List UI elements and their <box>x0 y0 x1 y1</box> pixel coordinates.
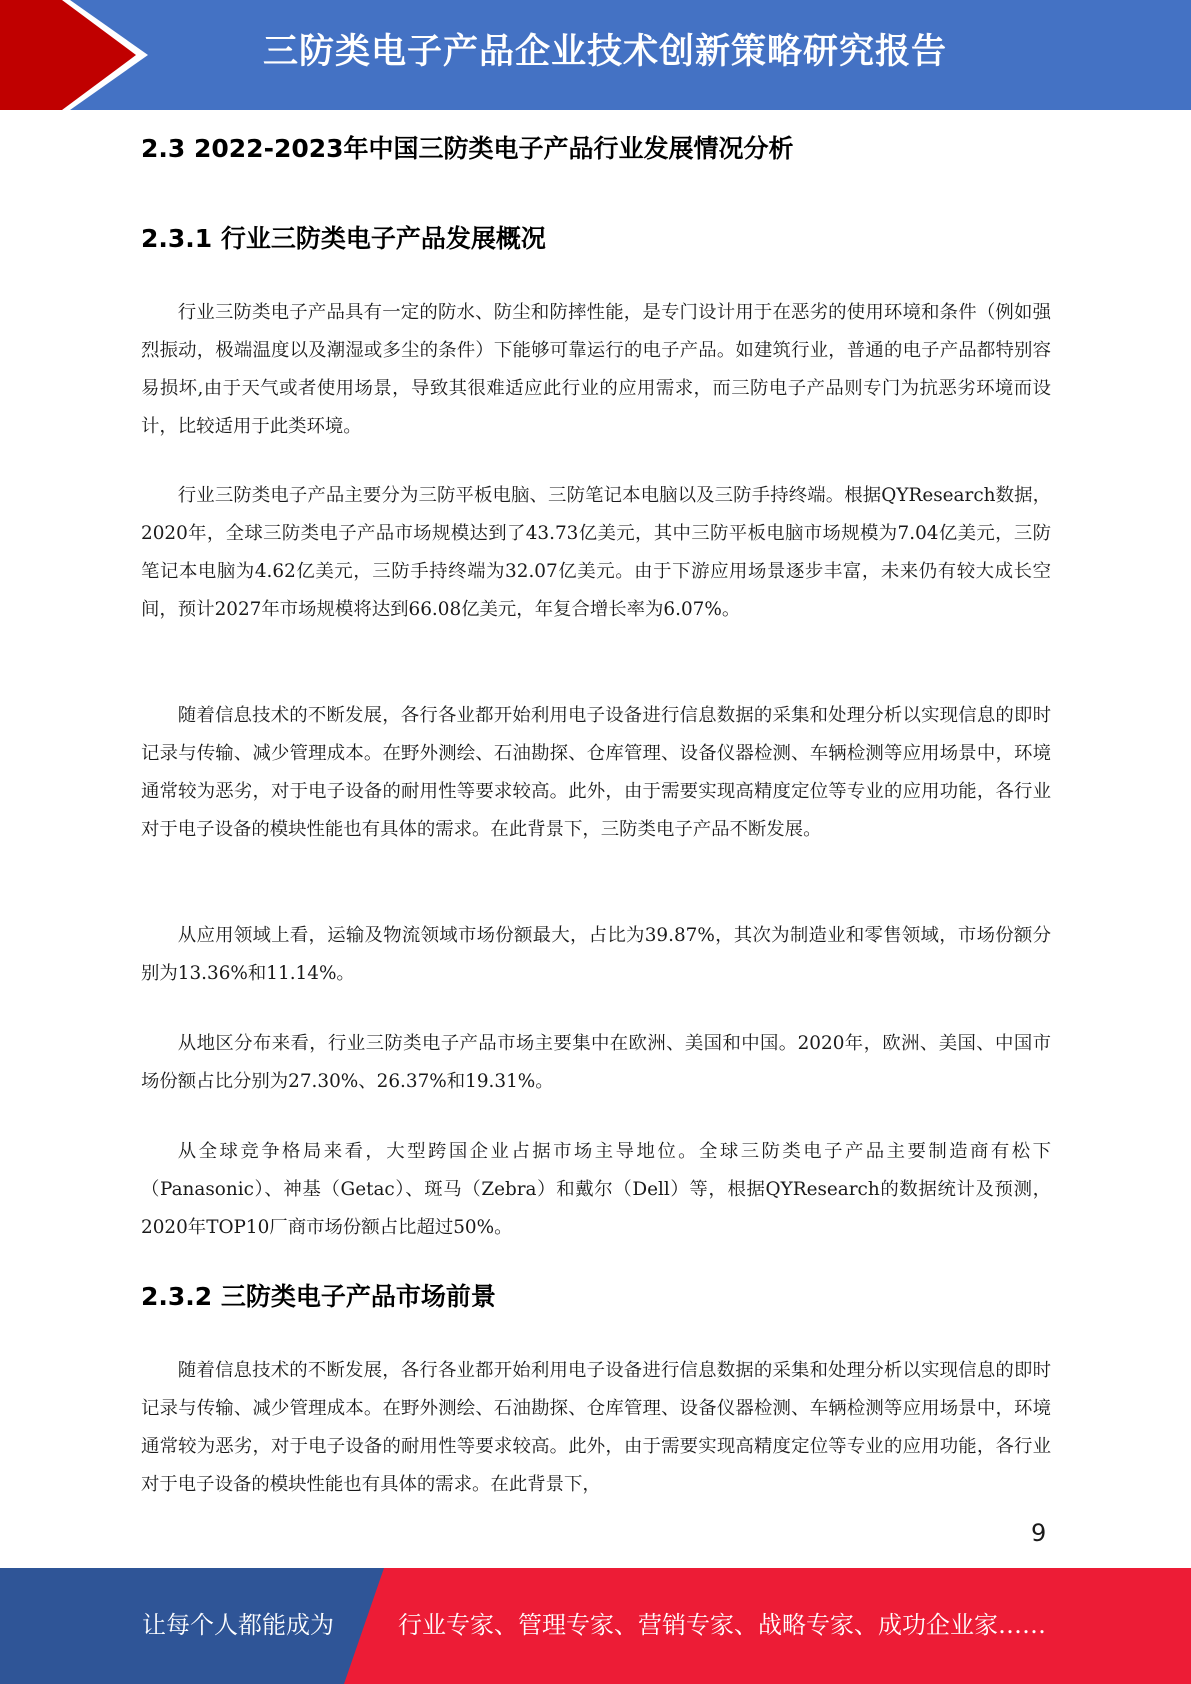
paragraph-application-share: 从应用领域上看，运输及物流领域市场份额最大，占比为39.87%，其次为制造业和零… <box>141 917 1051 993</box>
section-heading: 2.3 2022-2023年中国三防类电子产品行业发展情况分析 <box>141 132 794 166</box>
report-header-banner: 三防类电子产品企业技术创新策略研究报告 <box>0 0 1191 110</box>
paragraph-competition: 从全球竞争格局来看，大型跨国企业占据市场主导地位。全球三防类电子产品主要制造商有… <box>141 1133 1051 1247</box>
arrow-chevron-icon <box>0 0 160 110</box>
footer-slogan-right: 行业专家、管理专家、营销专家、战略专家、成功企业家…… <box>398 1608 1046 1642</box>
subsection-heading-overview: 2.3.1 行业三防类电子产品发展概况 <box>141 222 546 256</box>
paragraph-development: 随着信息技术的不断发展，各行各业都开始利用电子设备进行信息数据的采集和处理分析以… <box>141 697 1051 849</box>
paragraph-definition: 行业三防类电子产品具有一定的防水、防尘和防摔性能，是专门设计用于在恶劣的使用环境… <box>141 294 1051 446</box>
subsection-heading-outlook: 2.3.2 三防类电子产品市场前景 <box>141 1280 496 1314</box>
report-title: 三防类电子产品企业技术创新策略研究报告 <box>263 24 947 80</box>
paragraph-regional-share: 从地区分布来看，行业三防类电子产品市场主要集中在欧洲、美国和中国。2020年，欧… <box>141 1025 1051 1101</box>
footer-banner: 让每个人都能成为 行业专家、管理专家、营销专家、战略专家、成功企业家…… <box>0 1568 1191 1684</box>
paragraph-outlook: 随着信息技术的不断发展，各行各业都开始利用电子设备进行信息数据的采集和处理分析以… <box>141 1352 1051 1504</box>
page-number: 9 <box>1031 1518 1046 1548</box>
paragraph-market-size: 行业三防类电子产品主要分为三防平板电脑、三防笔记本电脑以及三防手持终端。根据QY… <box>141 477 1051 629</box>
footer-slogan-left: 让每个人都能成为 <box>142 1608 334 1642</box>
